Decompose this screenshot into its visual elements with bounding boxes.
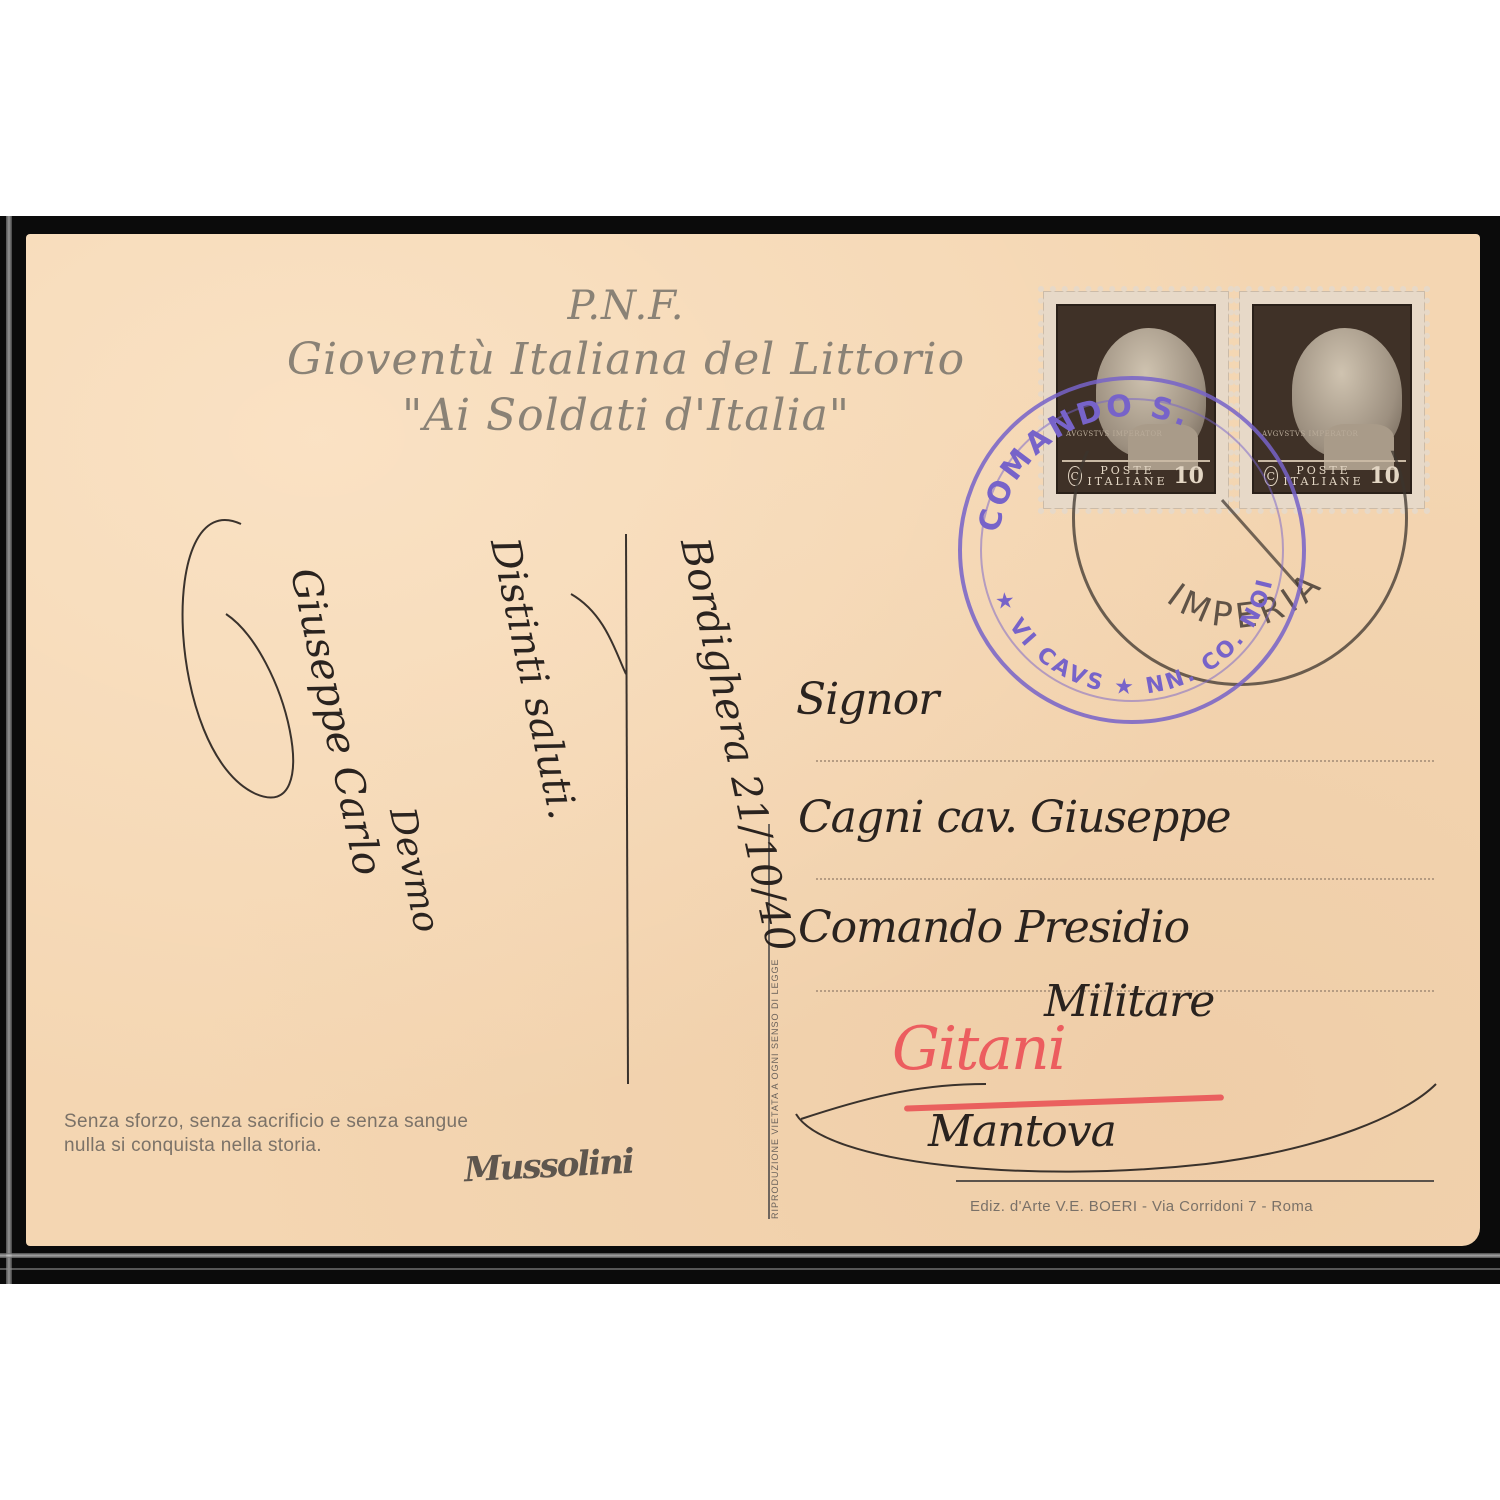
sleeve-glint — [6, 216, 12, 1284]
sleeve-glint — [0, 1253, 1500, 1258]
pen-flourishes — [26, 234, 1480, 1246]
postcard: P.N.F. Gioventù Italiana del Littorio "A… — [26, 234, 1480, 1246]
sleeve-glint — [0, 1268, 1500, 1270]
